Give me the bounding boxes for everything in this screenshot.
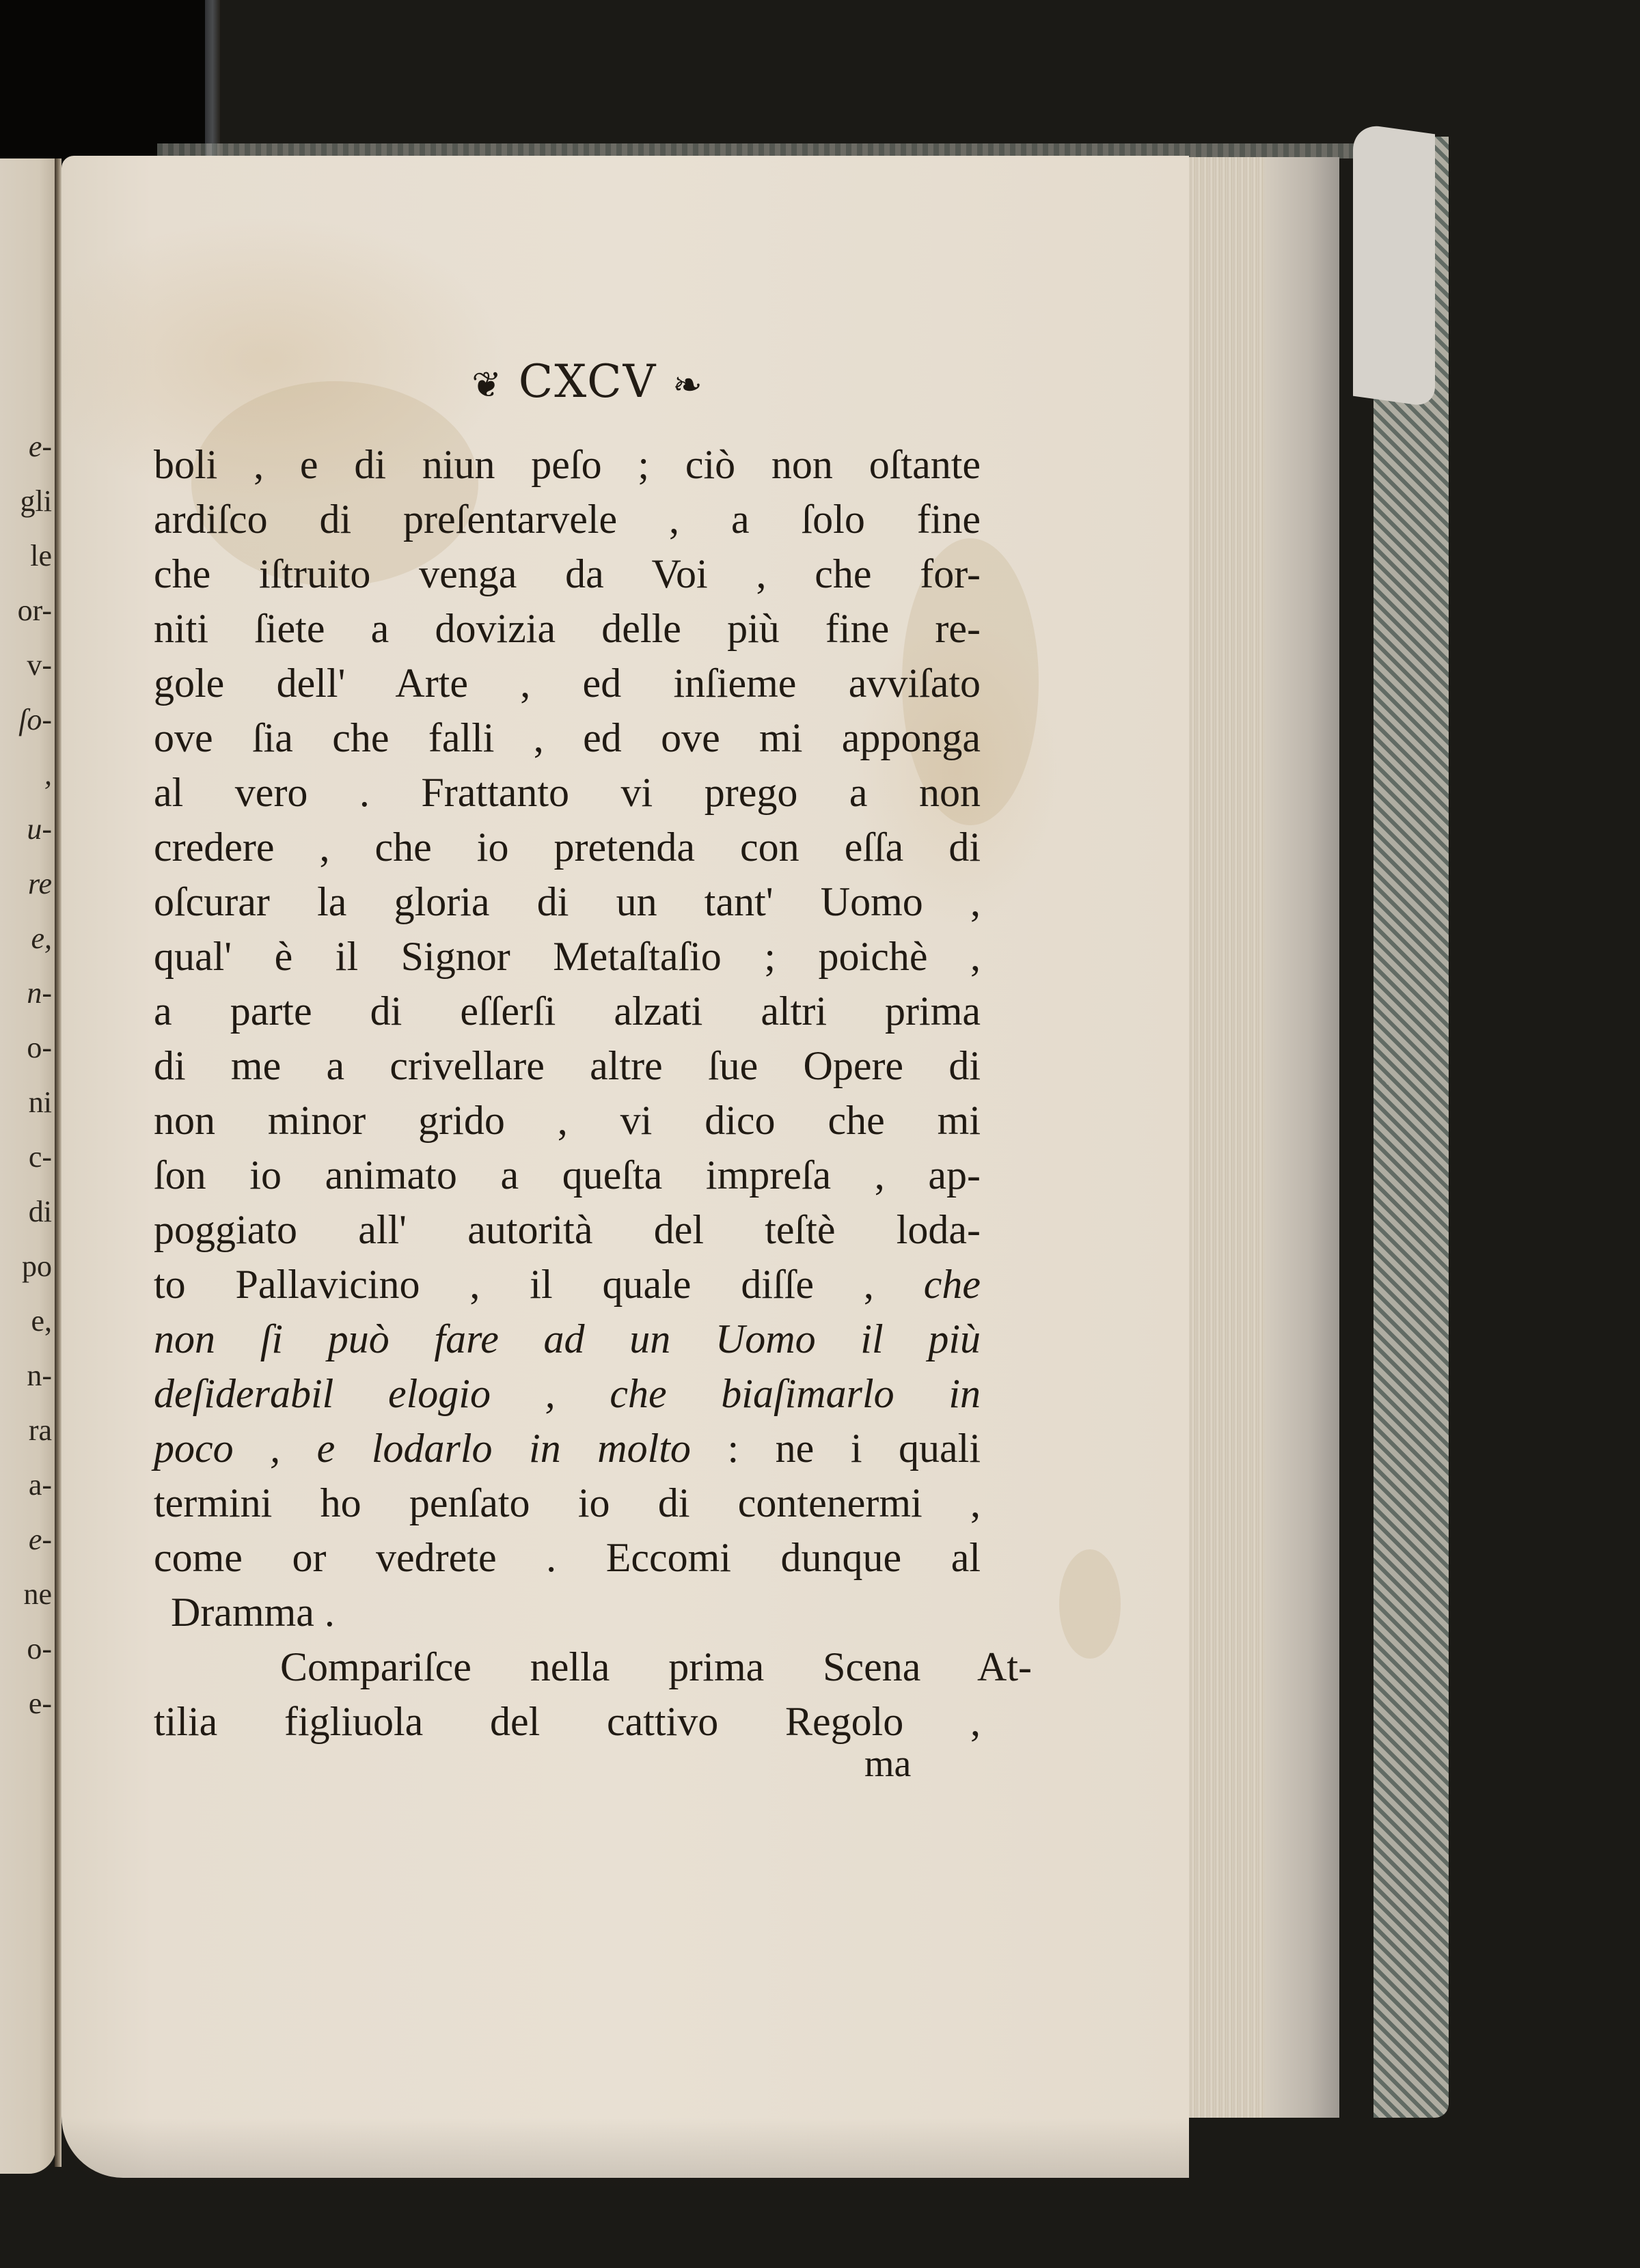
text-line: poco , e lodarlo in molto : ne i quali — [154, 1424, 981, 1472]
text-line: termini ho penſato io di contenermi , — [154, 1479, 981, 1527]
text-line: di me a crivellare altre ſue Opere di — [154, 1042, 981, 1090]
text-line: non minor grido , vi dico che mi — [154, 1096, 981, 1144]
page-text-block: ❦ CXCV ❧ boli , e di niun peſo ; ciò non… — [0, 0, 1640, 2268]
text-line: ove ſia che falli , ed ove mi apponga — [154, 714, 981, 762]
text-line: non ſi può fare ad un Uomo il più — [154, 1315, 981, 1363]
text-line: ardiſco di preſentarvele , a ſolo fine — [154, 495, 981, 543]
text-line: credere , che io pretenda con eſſa di — [154, 823, 981, 871]
text-line: Dramma . — [171, 1588, 998, 1636]
page-number: CXCV — [519, 355, 657, 408]
running-head: ❦ CXCV ❧ — [383, 355, 793, 408]
text-line: come or vedrete . Eccomi dunque al — [154, 1534, 981, 1581]
text-line: poggiato all' autorità del teſtè loda- — [154, 1206, 981, 1254]
fleuron-left-icon: ❦ — [471, 365, 503, 406]
text-line: gole dell' Arte , ed inſieme avviſato — [154, 659, 981, 707]
text-line: oſcurar la gloria di un tant' Uomo , — [154, 878, 981, 926]
text-line: deſiderabil elogio , che biaſimarlo in — [154, 1370, 981, 1417]
text-line: ſon io animato a queſta impreſa , ap- — [154, 1151, 981, 1199]
text-line: tilia figliuola del cattivo Regolo , — [154, 1698, 981, 1745]
text-line: Compariſce nella prima Scena At- — [280, 1643, 1032, 1691]
text-line: to Pallavicino , il quale diſſe , che — [154, 1260, 981, 1308]
text-line: che iſtruito venga da Voi , che for- — [154, 550, 981, 598]
text-line: niti ſiete a dovizia delle più fine re- — [154, 605, 981, 652]
text-line: al vero . Frattanto vi prego a non — [154, 769, 981, 816]
text-line: a parte di eſſerſi alzati altri prima — [154, 987, 981, 1035]
catchword: ma — [864, 1742, 911, 1786]
fleuron-right-icon: ❧ — [672, 365, 704, 406]
text-line: boli , e di niun peſo ; ciò non oſtante — [154, 441, 981, 488]
text-line: qual' è il Signor Metaſtaſio ; poichè , — [154, 932, 981, 980]
